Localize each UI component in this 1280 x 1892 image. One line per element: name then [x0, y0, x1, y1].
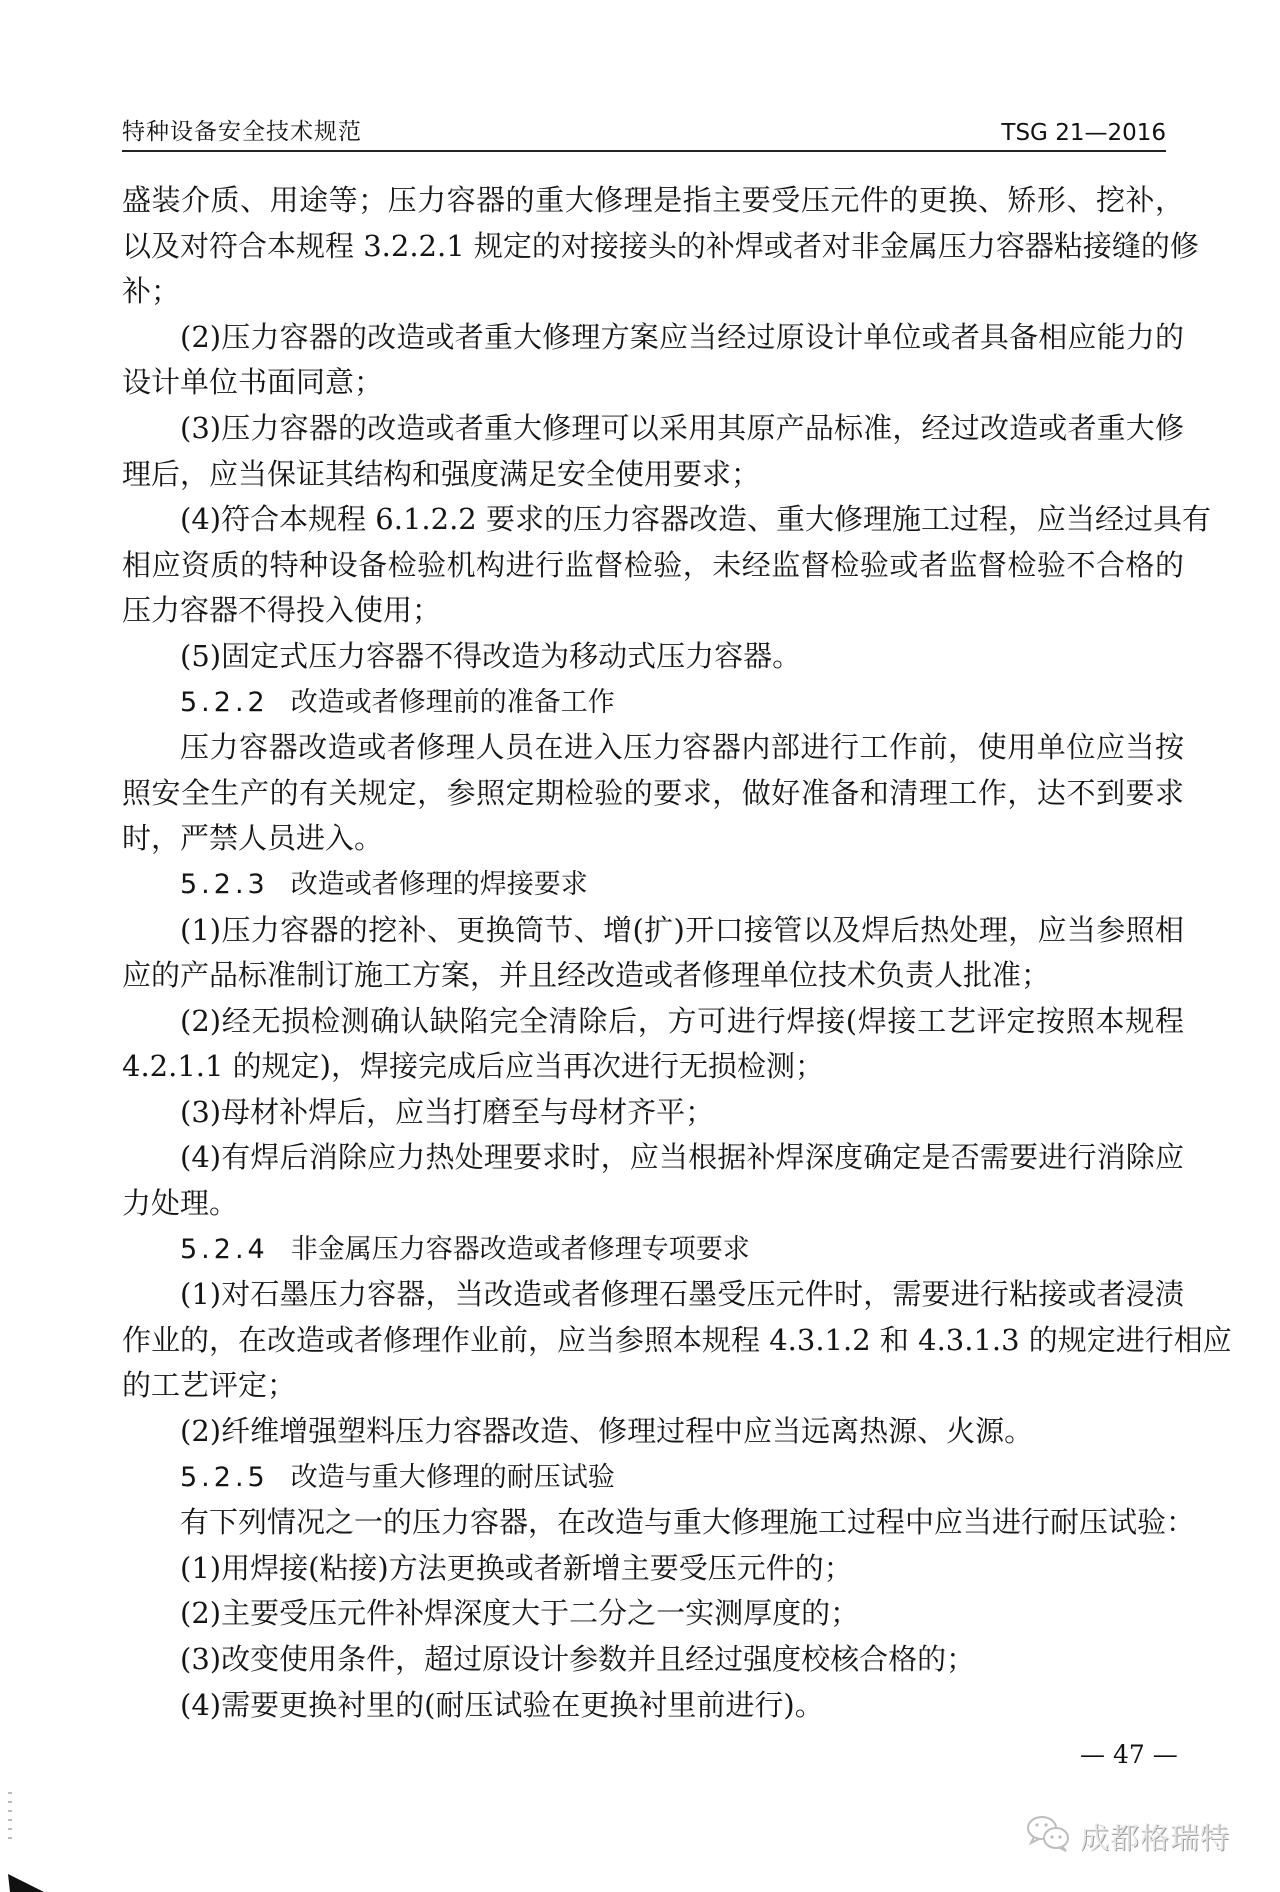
section-number: 5.2.2	[180, 687, 269, 718]
text-line: 以及对符合本规程 3.2.2.1 规定的对接接头的补焊或者对非金属压力容器粘接缝…	[122, 224, 1184, 270]
text-line: (1)用焊接(粘接)方法更换或者新增主要受压元件的；	[122, 1546, 1184, 1592]
text-line: (4)有焊后消除应力热处理要求时，应当根据补焊深度确定是否需要进行消除应	[122, 1135, 1184, 1181]
watermark: 成都格瑞特	[1024, 1812, 1230, 1860]
text-line: 有下列情况之一的压力容器，在改造与重大修理施工过程中应当进行耐压试验：	[122, 1500, 1184, 1546]
text-line: (5)固定式压力容器不得改造为移动式压力容器。	[122, 634, 1184, 680]
section-title: 改造或者修理前的准备工作	[291, 687, 615, 718]
document-page: 特种设备安全技术规范 TSG 21—2016 盛装介质、用途等；压力容器的重大修…	[0, 0, 1280, 1892]
text-line: (3)压力容器的改造或者重大修理可以采用其原产品标准，经过改造或者重大修	[122, 406, 1184, 452]
text-line: (2)主要受压元件补焊深度大于二分之一实测厚度的；	[122, 1591, 1184, 1637]
section-heading: 5.2.3改造或者修理的焊接要求	[122, 862, 1184, 908]
text-line: (1)压力容器的挖补、更换筒节、增(扩)开口接管以及焊后热处理，应当参照相	[122, 908, 1184, 954]
section-title: 改造或者修理的焊接要求	[291, 869, 588, 900]
text-line: 压力容器改造或者修理人员在进入压力容器内部进行工作前，使用单位应当按	[122, 725, 1184, 771]
page-number: — 47 —	[1080, 1740, 1178, 1769]
section-heading: 5.2.2改造或者修理前的准备工作	[122, 680, 1184, 726]
header-title: 特种设备安全技术规范	[122, 113, 362, 146]
text-line: (4)符合本规程 6.1.2.2 要求的压力容器改造、重大修理施工过程，应当经过…	[122, 497, 1184, 543]
watermark-text: 成都格瑞特	[1080, 1816, 1230, 1857]
text-line: 压力容器不得投入使用；	[122, 588, 1184, 634]
text-line: 理后，应当保证其结构和强度满足安全使用要求；	[122, 452, 1184, 498]
text-line: 设计单位书面同意；	[122, 360, 1184, 406]
section-title: 改造与重大修理的耐压试验	[291, 1462, 615, 1493]
text-line: 照安全生产的有关规定，参照定期检验的要求，做好准备和清理工作，达不到要求	[122, 771, 1184, 817]
text-line: (2)经无损检测确认缺陷完全清除后，方可进行焊接(焊接工艺评定按照本规程	[122, 999, 1184, 1045]
text-line: (2)纤维增强塑料压力容器改造、修理过程中应当远离热源、火源。	[122, 1409, 1184, 1455]
text-line: 相应资质的特种设备检验机构进行监督检验，未经监督检验或者监督检验不合格的	[122, 543, 1184, 589]
scan-artifact	[8, 1792, 12, 1842]
header-standard-code: TSG 21—2016	[1001, 120, 1166, 146]
text-line: (3)改变使用条件，超过原设计参数并且经过强度校核合格的；	[122, 1637, 1184, 1683]
text-line: 时，严禁人员进入。	[122, 816, 1184, 862]
text-line: 应的产品标准制订施工方案，并且经改造或者修理单位技术负责人批准；	[122, 953, 1184, 999]
text-line: (4)需要更换衬里的(耐压试验在更换衬里前进行)。	[122, 1683, 1184, 1729]
text-line: 力处理。	[122, 1181, 1184, 1227]
section-number: 5.2.4	[180, 1234, 269, 1265]
scan-corner-artifact	[6, 1872, 44, 1892]
text-line: 盛装介质、用途等；压力容器的重大修理是指主要受压元件的更换、矫形、挖补，	[122, 178, 1184, 224]
running-header: 特种设备安全技术规范 TSG 21—2016	[122, 116, 1166, 152]
text-line: (1)对石墨压力容器，当改造或者修理石墨受压元件时，需要进行粘接或者浸渍	[122, 1272, 1184, 1318]
text-line: (2)压力容器的改造或者重大修理方案应当经过原设计单位或者具备相应能力的	[122, 315, 1184, 361]
body-text: 盛装介质、用途等；压力容器的重大修理是指主要受压元件的更换、矫形、挖补，以及对符…	[122, 178, 1184, 1728]
text-line: 作业的，在改造或者修理作业前，应当参照本规程 4.3.1.2 和 4.3.1.3…	[122, 1318, 1184, 1364]
text-line: 的工艺评定；	[122, 1363, 1184, 1409]
section-number: 5.2.3	[180, 869, 269, 900]
section-number: 5.2.5	[180, 1462, 269, 1493]
section-title: 非金属压力容器改造或者修理专项要求	[291, 1234, 750, 1265]
wechat-icon	[1024, 1812, 1074, 1860]
text-line: 补；	[122, 269, 1184, 315]
text-line: (3)母材补焊后，应当打磨至与母材齐平；	[122, 1090, 1184, 1136]
section-heading: 5.2.5改造与重大修理的耐压试验	[122, 1455, 1184, 1501]
section-heading: 5.2.4非金属压力容器改造或者修理专项要求	[122, 1227, 1184, 1273]
text-line: 4.2.1.1 的规定)，焊接完成后应当再次进行无损检测；	[122, 1044, 1184, 1090]
